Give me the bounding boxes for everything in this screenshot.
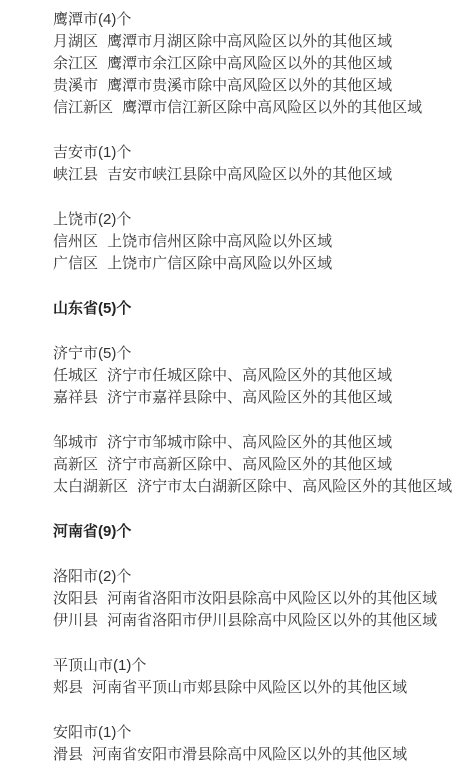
city-group-paragraph: 洛阳市(2)个汝阳县 河南省洛阳市汝阳县除高中风险区以外的其他区域伊川县 河南省… [53, 566, 438, 632]
text-line: 鹰潭市(4)个 [53, 9, 438, 31]
city-group-paragraph: 平顶山市(1)个郏县 河南省平顶山市郏县除中风险区以外的其他区域 [53, 655, 438, 699]
text-line: 上饶市(2)个 [53, 209, 438, 231]
text-line: 滑县 河南省安阳市滑县除高中风险区以外的其他区域 [53, 744, 438, 766]
text-line: 洛阳市(2)个 [53, 566, 438, 588]
city-group-paragraph: 济宁市(5)个任城区 济宁市任城区除中、高风险区外的其他区域嘉祥县 济宁市嘉祥县… [53, 343, 438, 409]
text-line: 汝阳县 河南省洛阳市汝阳县除高中风险区以外的其他区域 [53, 588, 438, 610]
text-line: 伊川县 河南省洛阳市伊川县除高中风险区以外的其他区域 [53, 610, 438, 632]
text-line: 嘉祥县 济宁市嘉祥县除中、高风险区外的其他区域 [53, 387, 438, 409]
text-line: 高新区 济宁市高新区除中、高风险区外的其他区域 [53, 454, 438, 476]
text-line: 信江新区 鹰潭市信江新区除中高风险区以外的其他区域 [53, 97, 438, 119]
text-line: 平顶山市(1)个 [53, 655, 438, 677]
province-header-paragraph: 河南省(9)个 [53, 521, 438, 543]
city-group-paragraph: 吉安市(1)个峡江县 吉安市峡江县除中高风险区以外的其他区域 [53, 142, 438, 186]
city-group-paragraph: 上饶市(2)个信州区 上饶市信州区除中高风险以外区域广信区 上饶市广信区除中高风… [53, 209, 438, 275]
text-line: 安阳市(1)个 [53, 722, 438, 744]
text-line: 山东省(5)个 [53, 298, 438, 320]
risk-area-list: 鹰潭市(4)个月湖区 鹰潭市月湖区除中高风险区以外的其他区域余江区 鹰潭市余江区… [0, 0, 458, 766]
text-line: 贵溪市 鹰潭市贵溪市除中高风险区以外的其他区域 [53, 75, 438, 97]
text-line: 任城区 济宁市任城区除中、高风险区外的其他区域 [53, 365, 438, 387]
city-group-paragraph: 鹰潭市(4)个月湖区 鹰潭市月湖区除中高风险区以外的其他区域余江区 鹰潭市余江区… [53, 9, 438, 119]
province-header-paragraph: 山东省(5)个 [53, 298, 438, 320]
text-line: 邹城市 济宁市邹城市除中、高风险区外的其他区域 [53, 432, 438, 454]
text-line: 广信区 上饶市广信区除中高风险以外区域 [53, 253, 438, 275]
text-line: 月湖区 鹰潭市月湖区除中高风险区以外的其他区域 [53, 31, 438, 53]
text-line: 余江区 鹰潭市余江区除中高风险区以外的其他区域 [53, 53, 438, 75]
text-line: 郏县 河南省平顶山市郏县除中风险区以外的其他区域 [53, 677, 438, 699]
text-line: 太白湖新区 济宁市太白湖新区除中、高风险区外的其他区域 [53, 476, 438, 498]
city-group-paragraph: 邹城市 济宁市邹城市除中、高风险区外的其他区域高新区 济宁市高新区除中、高风险区… [53, 432, 438, 498]
city-group-paragraph: 安阳市(1)个滑县 河南省安阳市滑县除高中风险区以外的其他区域 [53, 722, 438, 766]
text-line: 吉安市(1)个 [53, 142, 438, 164]
text-line: 信州区 上饶市信州区除中高风险以外区域 [53, 231, 438, 253]
text-line: 河南省(9)个 [53, 521, 438, 543]
text-line: 峡江县 吉安市峡江县除中高风险区以外的其他区域 [53, 164, 438, 186]
article-page: 鹰潭市(4)个月湖区 鹰潭市月湖区除中高风险区以外的其他区域余江区 鹰潭市余江区… [0, 0, 458, 781]
text-line: 济宁市(5)个 [53, 343, 438, 365]
